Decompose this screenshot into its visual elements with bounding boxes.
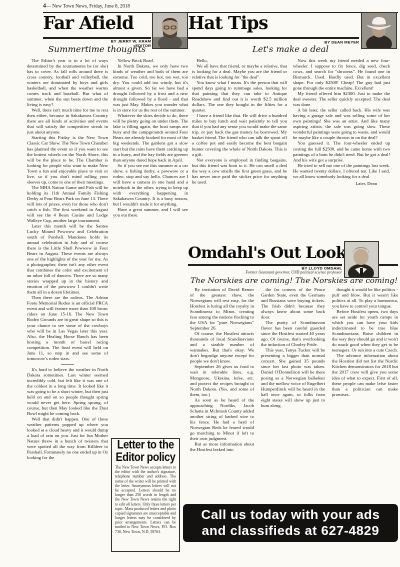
paragraph: Starting this Friday is the New Town Cla… (27, 135, 108, 185)
ad-banner-line1: Call us today with your ads (183, 507, 398, 523)
paragraph: The purity of Scandinavian flavor has be… (261, 320, 325, 348)
paragraph: The advance information about the Hostfe… (332, 353, 398, 397)
cowboy-portrait-icon (362, 13, 396, 48)
paragraph: We all have that friend, or maybe a rela… (192, 64, 287, 81)
section-divider (61, 364, 74, 365)
paragraph: As soon as he heard of the approaching N… (190, 397, 254, 441)
editor-portrait-icon (153, 13, 187, 48)
hat-tips-signoff: Later, Dean (293, 181, 390, 187)
letter-policy-box: Letter to the Editor policy The New Town… (111, 438, 180, 552)
paragraph: thought it would be like politics - puff… (332, 287, 398, 309)
omdahl-credit: Former lieutenant governor, UND politica… (220, 271, 342, 275)
paragraph: Of course, the Hostfest attracts thousan… (190, 331, 254, 364)
hat-tips-col1-text: Hello,We all have that friend, or maybe … (192, 58, 287, 185)
paragraph: He tried to sell me one of the paintings… (293, 163, 390, 180)
paragraph: I have a friend like that. He will drive… (192, 113, 287, 157)
columnist-mugshot-photo (361, 12, 397, 49)
paragraph: So if you see me this summer at a car sh… (113, 163, 188, 207)
hat-tips-byline: BY DEAN MEYER (260, 40, 359, 45)
omdahl-subtitle: The Norskies are coming! The Norskies ar… (190, 276, 398, 285)
hat-tips-column-2: Now this week my friend needed a new fou… (293, 58, 390, 241)
letter-policy-title-line2: Editor policy (115, 452, 176, 464)
hat-tips-headline: Hat Tips (188, 14, 268, 34)
paragraph: Then there are the rodeos. The Adrian Fo… (27, 295, 108, 361)
paragraph: Not everyone is employed in finding barg… (192, 157, 287, 185)
omdahl-col2-text: the far corners of the Peace Garden Stat… (261, 287, 325, 408)
omdahl-headline: Omdahl's Out Look (188, 243, 346, 262)
omdahl-col3-text: thought it would be like politics - puff… (332, 287, 398, 397)
paragraph: The MHA Nation Game and Fish will be hol… (27, 185, 108, 224)
far-afield-column-2: Yellow Brick Road.In North Dakota, we on… (113, 58, 188, 436)
classifieds-ad-banner: Call us today with your ads and classifi… (183, 504, 398, 542)
editor-mugshot-photo (152, 12, 188, 49)
paragraph: Later this month will be the Santee Luck… (27, 223, 108, 295)
omdahl-column-2: the far corners of the Peace Garden Stat… (261, 287, 325, 503)
omdahl-column-3: thought it would be like politics - puff… (332, 287, 398, 503)
omdahl-rule-right (379, 264, 398, 266)
paragraph: It's hard to believe the weather in Nort… (27, 367, 108, 417)
masthead-rule (43, 12, 398, 13)
far-afield-col1-top: The Editor's year is in a lot of ways de… (27, 58, 108, 361)
paragraph: the far corners of the Peace Garden Stat… (261, 287, 325, 320)
paragraph: Whatever the skies decide to do, there w… (113, 113, 188, 163)
far-afield-column-1: The Editor's year is in a lot of ways de… (27, 58, 108, 550)
omdahl-column-1: By invitation of David Remer of the grea… (190, 287, 254, 503)
far-afield-col1-bottom: It's hard to believe the weather in Nort… (27, 367, 108, 461)
paragraph: September 26 gives us food to wait in to… (190, 364, 254, 397)
paragraph: Now this week my friend needed a new fou… (293, 58, 390, 91)
paragraph: You guessed it. The four-wheeler ended u… (293, 141, 390, 163)
far-afield-subtitle: Summertime thoughts (27, 45, 167, 55)
hat-tips-rule (188, 37, 359, 39)
paragraph: By invitation of David Remer of the grea… (190, 287, 254, 331)
paragraph: Before Hostfest opens, two days are set … (332, 309, 398, 353)
paragraph: Well that didn't happen. One of those we… (27, 417, 108, 461)
paragraph: But as more information about the Hostfe… (190, 441, 254, 452)
omdahl-mugshot-photo (344, 241, 379, 278)
hat-tips-subtitle: Let's make a deal (192, 45, 389, 55)
paragraph: In North Dakota, we only have two kinds … (113, 64, 188, 114)
masthead-text: — New Town News, Friday, June 8, 2018 (46, 4, 130, 10)
paragraph: This year, Tanya Tucker will be presenti… (261, 348, 325, 409)
far-afield-headline: Far Afield (43, 14, 134, 34)
omdahl-col1-text: By invitation of David Remer of the grea… (190, 287, 254, 452)
hat-tips-col2-text: Now this week my friend needed a new fou… (293, 58, 390, 179)
newspaper-page: 4— New Town News, Friday, June 8, 2018 F… (0, 0, 400, 567)
paragraph: Have a great summer, and I will see you … (113, 207, 188, 218)
paragraph: Well, there isn't much time for me to re… (27, 108, 108, 136)
hat-tips-column-1: Hello,We all have that friend, or maybe … (192, 58, 287, 241)
paragraph: The Editor's year is in a lot of ways de… (27, 58, 108, 108)
paragraph: My friend offered him $2300. Just to mak… (293, 91, 390, 108)
far-afield-col2-text: Yellow Brick Road.In North Dakota, we on… (113, 58, 188, 218)
paragraph: You know what I mean. It's the person th… (192, 80, 287, 113)
professor-portrait-icon (345, 242, 378, 277)
letter-policy-body: The New Town News accepts letters to the… (115, 465, 176, 534)
ad-banner-line2: and classifieds at 627-4829 (183, 523, 398, 539)
paragraph: A bit later, the seller called back. His… (293, 108, 390, 141)
